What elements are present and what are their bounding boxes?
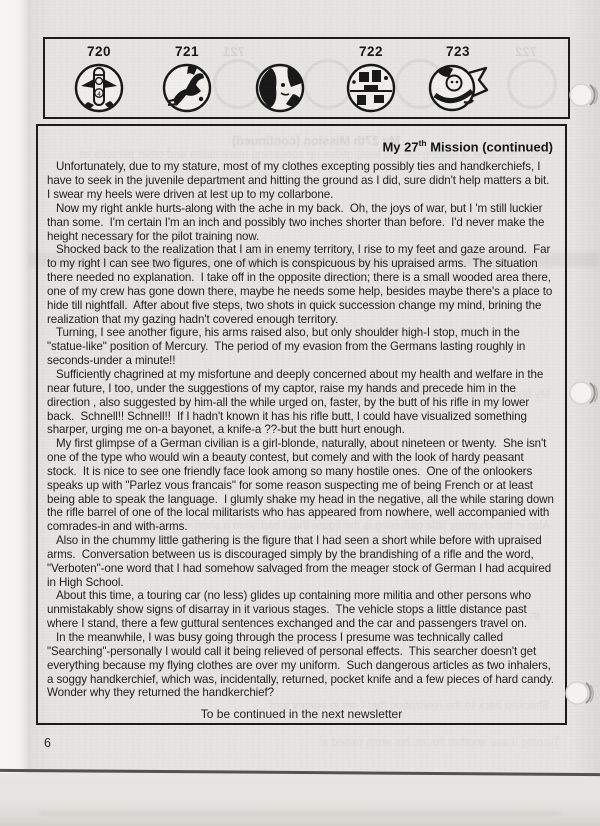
article-box: My 27th Mission (continued) Unfortunatel…: [36, 124, 567, 725]
svg-text:4: 4: [97, 91, 101, 98]
paragraph: Sufficiently chagrined at my misfortune …: [47, 368, 556, 437]
squadron-stamp-723: 723: [426, 43, 490, 114]
paragraph: In the meanwhile, I was busy going throu…: [47, 631, 556, 700]
stamp-number: 721: [155, 43, 219, 60]
paragraph: Also in the chummy little gathering is t…: [47, 534, 556, 589]
to-be-continued-note: To be continued in the next newsletter: [47, 707, 556, 721]
paragraph: My first glimpse of a German civilian is…: [47, 437, 556, 534]
scan-artifact-streak: [40, 812, 560, 815]
paragraph: Turning, I see another figure, his arms …: [47, 326, 556, 368]
bleedthrough-number: 721: [223, 44, 245, 59]
binder-hole: [563, 677, 597, 709]
stamp-number: 723: [426, 43, 490, 60]
bleedthrough-text: Turning, I see another figure, his arms …: [320, 737, 560, 749]
paragraph: Shocked back to the realization that I a…: [47, 243, 556, 326]
squadron-insignia-icon: [160, 60, 214, 114]
squadron-stamp-722: 722: [339, 43, 403, 114]
paragraph: Unfortunately, due to my stature, most o…: [47, 160, 556, 202]
stamp-number: [248, 43, 312, 60]
binder-hole: [567, 377, 600, 409]
underlying-sheet-area: [0, 773, 600, 826]
adjacent-sheet-strip: [0, 0, 30, 773]
stamp-number: 720: [67, 43, 131, 60]
bleedthrough-number: 722: [515, 44, 537, 59]
title-ordinal-suffix: th: [419, 138, 427, 148]
insignia-strip-box: 721 722 720 4 721: [43, 37, 570, 119]
paragraph: Now my right ankle hurts-along with the …: [47, 202, 556, 244]
squadron-insignia-icon: [426, 60, 490, 114]
squadron-stamp-720: 720 4: [67, 43, 131, 114]
article-body: Unfortunately, due to my stature, most o…: [47, 160, 556, 700]
scanned-newsletter-page: My 27th Mission (continued) About this t…: [30, 0, 600, 773]
title-text: My 27: [382, 139, 418, 154]
squadron-stamp-721: 721: [155, 43, 219, 114]
binder-hole: [567, 79, 600, 111]
squadron-insignia-icon: 4: [72, 60, 126, 114]
title-text: Mission (continued): [427, 139, 553, 154]
bleedthrough-insignia: [507, 59, 557, 109]
paragraph: About this time, a touring car (no less)…: [47, 589, 556, 631]
stamp-number: 722: [339, 43, 403, 60]
squadron-insignia-icon: [253, 60, 307, 114]
article-title: My 27th Mission (continued): [47, 138, 553, 154]
squadron-stamp-unnumbered: [248, 43, 312, 114]
squadron-insignia-icon: [344, 60, 398, 114]
page-number: 6: [44, 736, 51, 750]
